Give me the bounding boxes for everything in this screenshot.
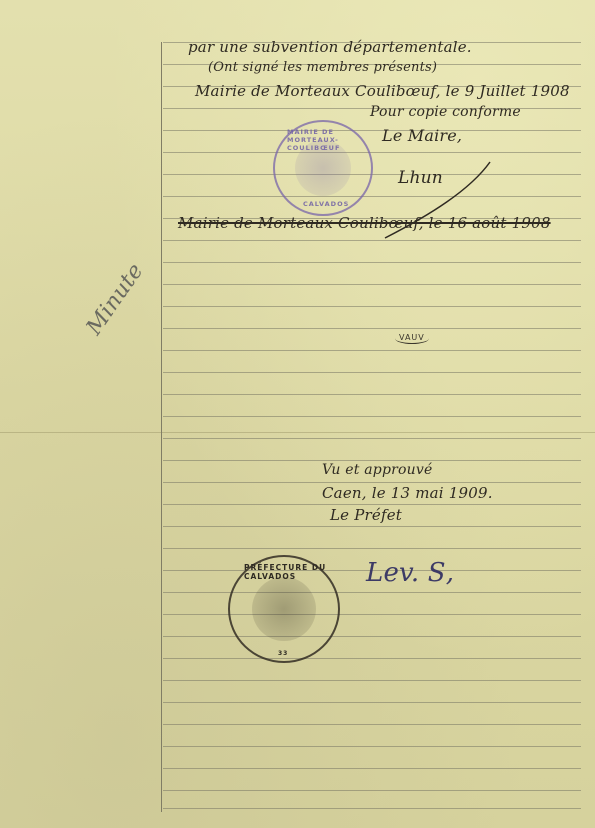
prefecture-stamp-number: 33 [278, 650, 288, 657]
ruled-line [163, 592, 581, 593]
fold-crease [0, 432, 595, 433]
struck-out-line: Mairie de Morteaux Coulibœuf, le 16 août… [178, 214, 551, 232]
ruled-line [163, 680, 581, 681]
ruled-line [163, 548, 581, 549]
ruled-line [163, 130, 581, 131]
prefecture-stamp: PRÉFECTURE DU CALVADOS 33 [228, 555, 340, 663]
ruled-line [163, 306, 581, 307]
mairie-stamp-bottom-text: CALVADOS [303, 200, 349, 208]
prefect-signature: Lev. Ѕ, [366, 558, 454, 588]
margin-line [161, 42, 162, 812]
approval-date: Caen, le 13 mai 1909. [322, 484, 493, 502]
ruled-line [163, 416, 581, 417]
ruled-line [163, 262, 581, 263]
ruled-line [163, 724, 581, 725]
ruled-line [163, 636, 581, 637]
prefecture-stamp-emblem [252, 577, 316, 641]
small-stamp: VAUV [395, 333, 429, 344]
text-line-le-maire: Le Maire, [382, 126, 462, 145]
ruled-line [163, 284, 581, 285]
ruled-line [163, 240, 581, 241]
text-line-copie-conforme: Pour copie conforme [370, 104, 521, 120]
ruled-line [163, 504, 581, 505]
approval-vu-approuve: Vu et approuvé [322, 462, 432, 478]
approval-le-prefet: Le Préfet [330, 506, 402, 524]
ruled-line [163, 658, 581, 659]
ruled-line [163, 702, 581, 703]
text-line-mairie-date: Mairie de Morteaux Coulibœuf, le 9 Juill… [195, 82, 570, 100]
ruled-line [163, 438, 581, 439]
ruled-line [163, 152, 581, 153]
ruled-line [163, 526, 581, 527]
text-line-signataires: (Ont signé les membres présents) [208, 60, 437, 75]
ruled-line [163, 328, 581, 329]
ruled-line [163, 746, 581, 747]
ruled-line [163, 482, 581, 483]
ruled-line [163, 808, 581, 809]
ruled-line [163, 196, 581, 197]
mairie-stamp: MAIRIE DE MORTEAUX-COULIBŒUF CALVADOS [273, 120, 373, 216]
ruled-line [163, 460, 581, 461]
paper-background [0, 0, 595, 828]
ruled-line [163, 614, 581, 615]
mairie-stamp-emblem [295, 140, 351, 196]
text-line-subvention: par une subvention départementale. [188, 38, 472, 56]
ruled-line [163, 790, 581, 791]
ruled-line [163, 768, 581, 769]
ruled-line [163, 394, 581, 395]
ruled-line [163, 350, 581, 351]
ruled-line [163, 372, 581, 373]
